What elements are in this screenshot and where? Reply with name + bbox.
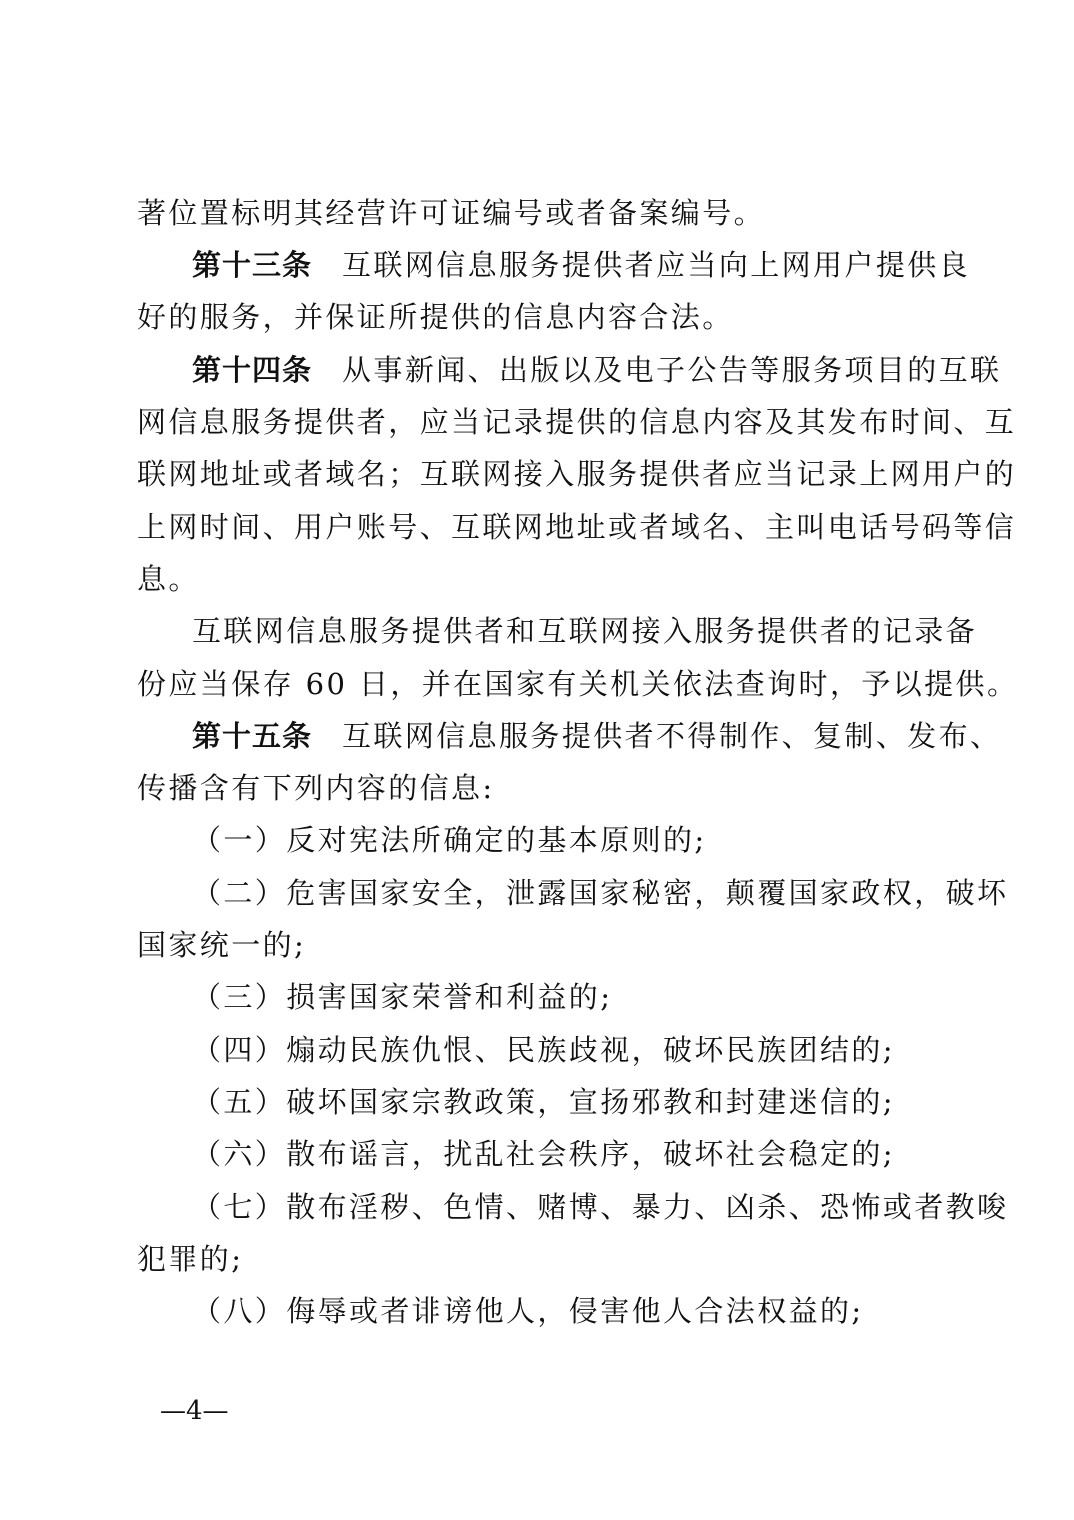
- paragraph-line: 网信息服务提供者，应当记录提供的信息内容及其发布时间、互: [137, 405, 937, 439]
- paragraph-line: 传播含有下列内容的信息:: [137, 771, 937, 805]
- paragraph-line: 息。: [137, 562, 937, 596]
- line-text: 联网地址或者域名；互联网接入服务提供者应当记录上网用户的: [137, 457, 1016, 491]
- paragraph-line: 上网时间、用户账号、互联网地址或者域名、主叫电话号码等信: [137, 510, 937, 544]
- list-item: （四）煽动民族仇恨、民族歧视，破坏民族团结的;: [192, 1033, 992, 1067]
- list-item: （三）损害国家荣誉和利益的;: [192, 980, 992, 1014]
- line-text: （八）侮辱或者诽谤他人，侵害他人合法权益的;: [192, 1294, 864, 1328]
- list-item: （二）危害国家安全，泄露国家秘密，颠覆国家政权，破坏: [192, 876, 992, 910]
- list-item: （七）散布淫秽、色情、赌博、暴力、凶杀、恐怖或者教唆: [192, 1190, 992, 1224]
- line-text: 互联网信息服务提供者和互联网接入服务提供者的记录备: [192, 614, 977, 648]
- line-text: （五）破坏国家宗教政策，宣扬邪教和封建迷信的;: [192, 1085, 895, 1119]
- line-text: 好的服务，并保证所提供的信息内容合法。: [137, 300, 734, 334]
- line-text: 犯罪的;: [137, 1242, 243, 1276]
- article-14-heading: 第十四条: [192, 353, 312, 387]
- line-text: 从事新闻、出版以及电子公告等服务项目的互联: [342, 353, 1001, 387]
- paragraph-line: 互联网信息服务提供者和互联网接入服务提供者的记录备: [192, 614, 992, 648]
- line-text: 传播含有下列内容的信息:: [137, 771, 495, 805]
- line-text: 著位置标明其经营许可证编号或者备案编号。: [137, 196, 765, 230]
- list-item: （六）散布谣言，扰乱社会秩序，破坏社会稳定的;: [192, 1137, 992, 1171]
- article-13-line: 第十三条互联网信息服务提供者应当向上网用户提供良: [192, 248, 992, 282]
- line-text: 网信息服务提供者，应当记录提供的信息内容及其发布时间、互: [137, 405, 1016, 439]
- paragraph-line: 份应当保存 60 日，并在国家有关机关依法查询时，予以提供。: [137, 667, 937, 701]
- line-text: （三）损害国家荣誉和利益的;: [192, 980, 612, 1014]
- line-text: （七）散布淫秽、色情、赌博、暴力、凶杀、恐怖或者教唆: [192, 1190, 1008, 1224]
- paragraph-line: 著位置标明其经营许可证编号或者备案编号。: [137, 196, 937, 230]
- line-text: （二）危害国家安全，泄露国家秘密，颠覆国家政权，破坏: [192, 876, 1008, 910]
- page-number: —4—: [160, 1396, 229, 1426]
- article-14-line: 第十四条从事新闻、出版以及电子公告等服务项目的互联: [192, 353, 992, 387]
- article-15-heading: 第十五条: [192, 719, 312, 753]
- list-item: （八）侮辱或者诽谤他人，侵害他人合法权益的;: [192, 1294, 992, 1328]
- line-text: 国家统一的;: [137, 928, 306, 962]
- list-item-continuation: 国家统一的;: [137, 928, 937, 962]
- paragraph-line: 好的服务，并保证所提供的信息内容合法。: [137, 300, 937, 334]
- line-text: 互联网信息服务提供者应当向上网用户提供良: [342, 248, 970, 282]
- line-text: （六）散布谣言，扰乱社会秩序，破坏社会稳定的;: [192, 1137, 895, 1171]
- list-item-continuation: 犯罪的;: [137, 1242, 937, 1276]
- paragraph-line: 联网地址或者域名；互联网接入服务提供者应当记录上网用户的: [137, 457, 937, 491]
- document-page: 著位置标明其经营许可证编号或者备案编号。 第十三条互联网信息服务提供者应当向上网…: [0, 0, 1074, 1520]
- line-text: 上网时间、用户账号、互联网地址或者域名、主叫电话号码等信: [137, 510, 1016, 544]
- line-text: （四）煽动民族仇恨、民族歧视，破坏民族团结的;: [192, 1033, 895, 1067]
- line-text: 份应当保存 60 日，并在国家有关机关依法查询时，予以提供。: [137, 667, 1018, 701]
- list-item: （五）破坏国家宗教政策，宣扬邪教和封建迷信的;: [192, 1085, 992, 1119]
- line-text: （一）反对宪法所确定的基本原则的;: [192, 823, 707, 857]
- line-text: 互联网信息服务提供者不得制作、复制、发布、: [342, 719, 1001, 753]
- article-13-heading: 第十三条: [192, 248, 312, 282]
- article-15-line: 第十五条互联网信息服务提供者不得制作、复制、发布、: [192, 719, 992, 753]
- line-text: 息。: [137, 562, 200, 596]
- list-item: （一）反对宪法所确定的基本原则的;: [192, 823, 992, 857]
